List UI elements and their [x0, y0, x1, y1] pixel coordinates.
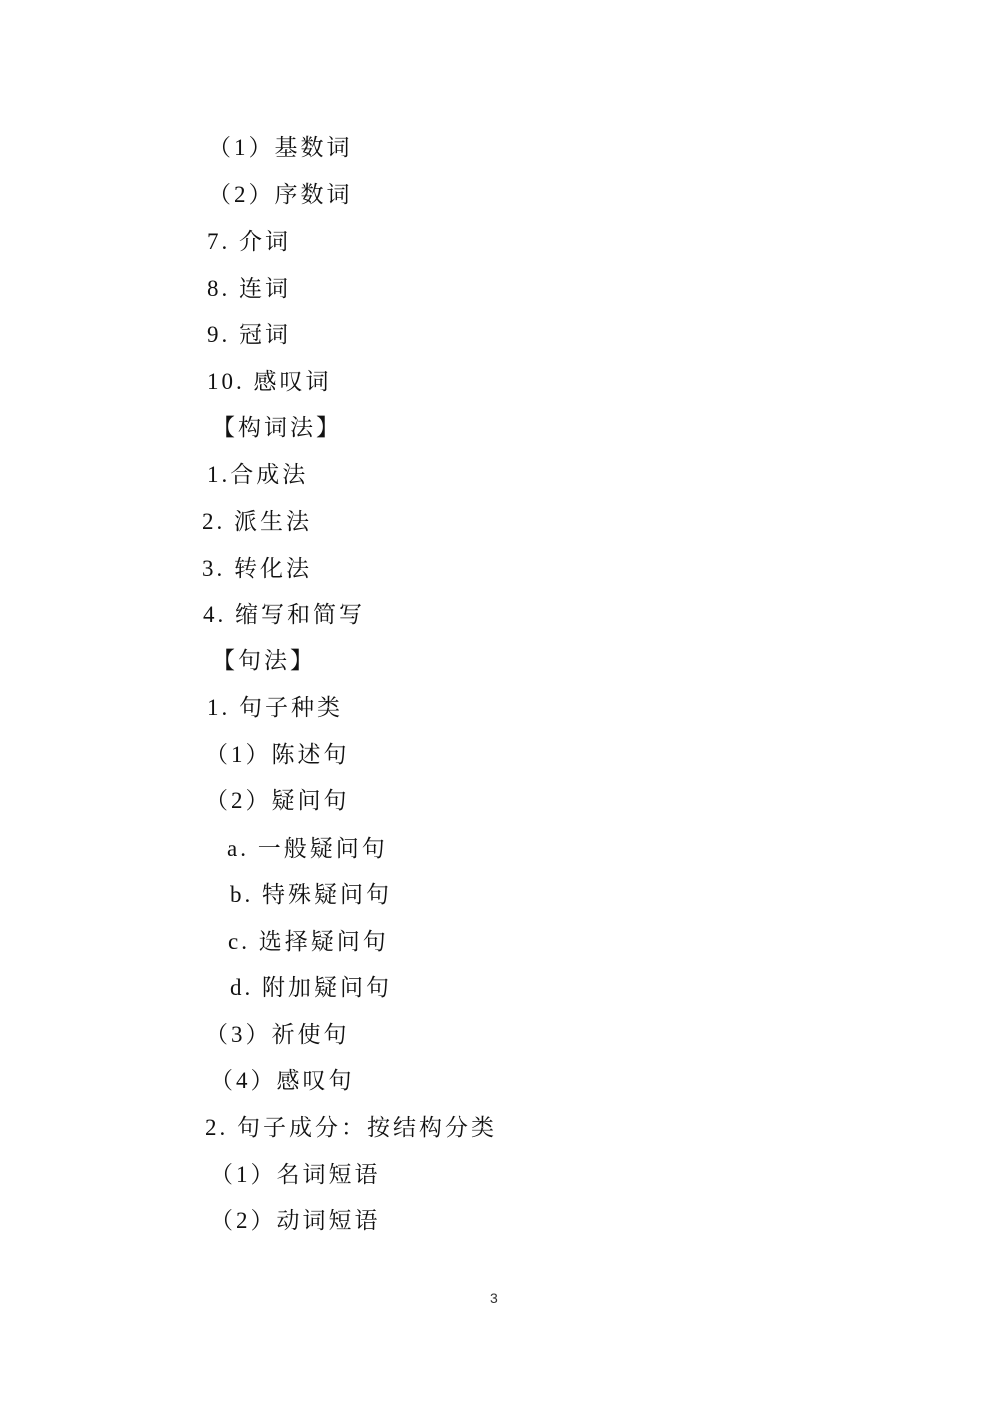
- list-item-imperative: （3）祈使句: [205, 1020, 350, 1050]
- list-item-tag-question: d. 附加疑问句: [230, 973, 392, 1003]
- list-item-exclamatory: （4）感叹句: [210, 1066, 355, 1096]
- list-item-ordinal-numerals: （2）序数词: [208, 180, 353, 210]
- list-item-verb-phrase: （2）动词短语: [210, 1206, 381, 1236]
- list-item-derivation: 2. 派生法: [202, 507, 312, 537]
- list-item-interjections: 10. 感叹词: [207, 367, 332, 397]
- list-item-special-question: b. 特殊疑问句: [230, 880, 392, 910]
- list-item-prepositions: 7. 介词: [207, 227, 291, 257]
- list-item-sentence-types: 1. 句子种类: [207, 693, 343, 723]
- list-item-conversion: 3. 转化法: [202, 554, 312, 584]
- list-item-interrogative: （2）疑问句: [205, 786, 350, 816]
- list-item-cardinal-numerals: （1）基数词: [208, 133, 353, 163]
- list-item-general-question: a. 一般疑问句: [227, 834, 388, 864]
- list-item-sentence-components: 2. 句子成分：按结构分类: [205, 1113, 497, 1143]
- list-item-abbreviation: 4. 缩写和简写: [203, 600, 365, 630]
- section-heading-syntax: 【句法】: [212, 646, 316, 676]
- list-item-declarative: （1）陈述句: [205, 740, 350, 770]
- list-item-alternative-question: c. 选择疑问句: [228, 927, 389, 957]
- list-item-noun-phrase: （1）名词短语: [210, 1160, 381, 1190]
- page-number: 3: [490, 1290, 498, 1306]
- list-item-compounding: 1.合成法: [207, 460, 308, 490]
- section-heading-word-formation: 【构词法】: [212, 413, 342, 443]
- list-item-articles: 9. 冠词: [207, 320, 291, 350]
- list-item-conjunctions: 8. 连词: [207, 274, 291, 304]
